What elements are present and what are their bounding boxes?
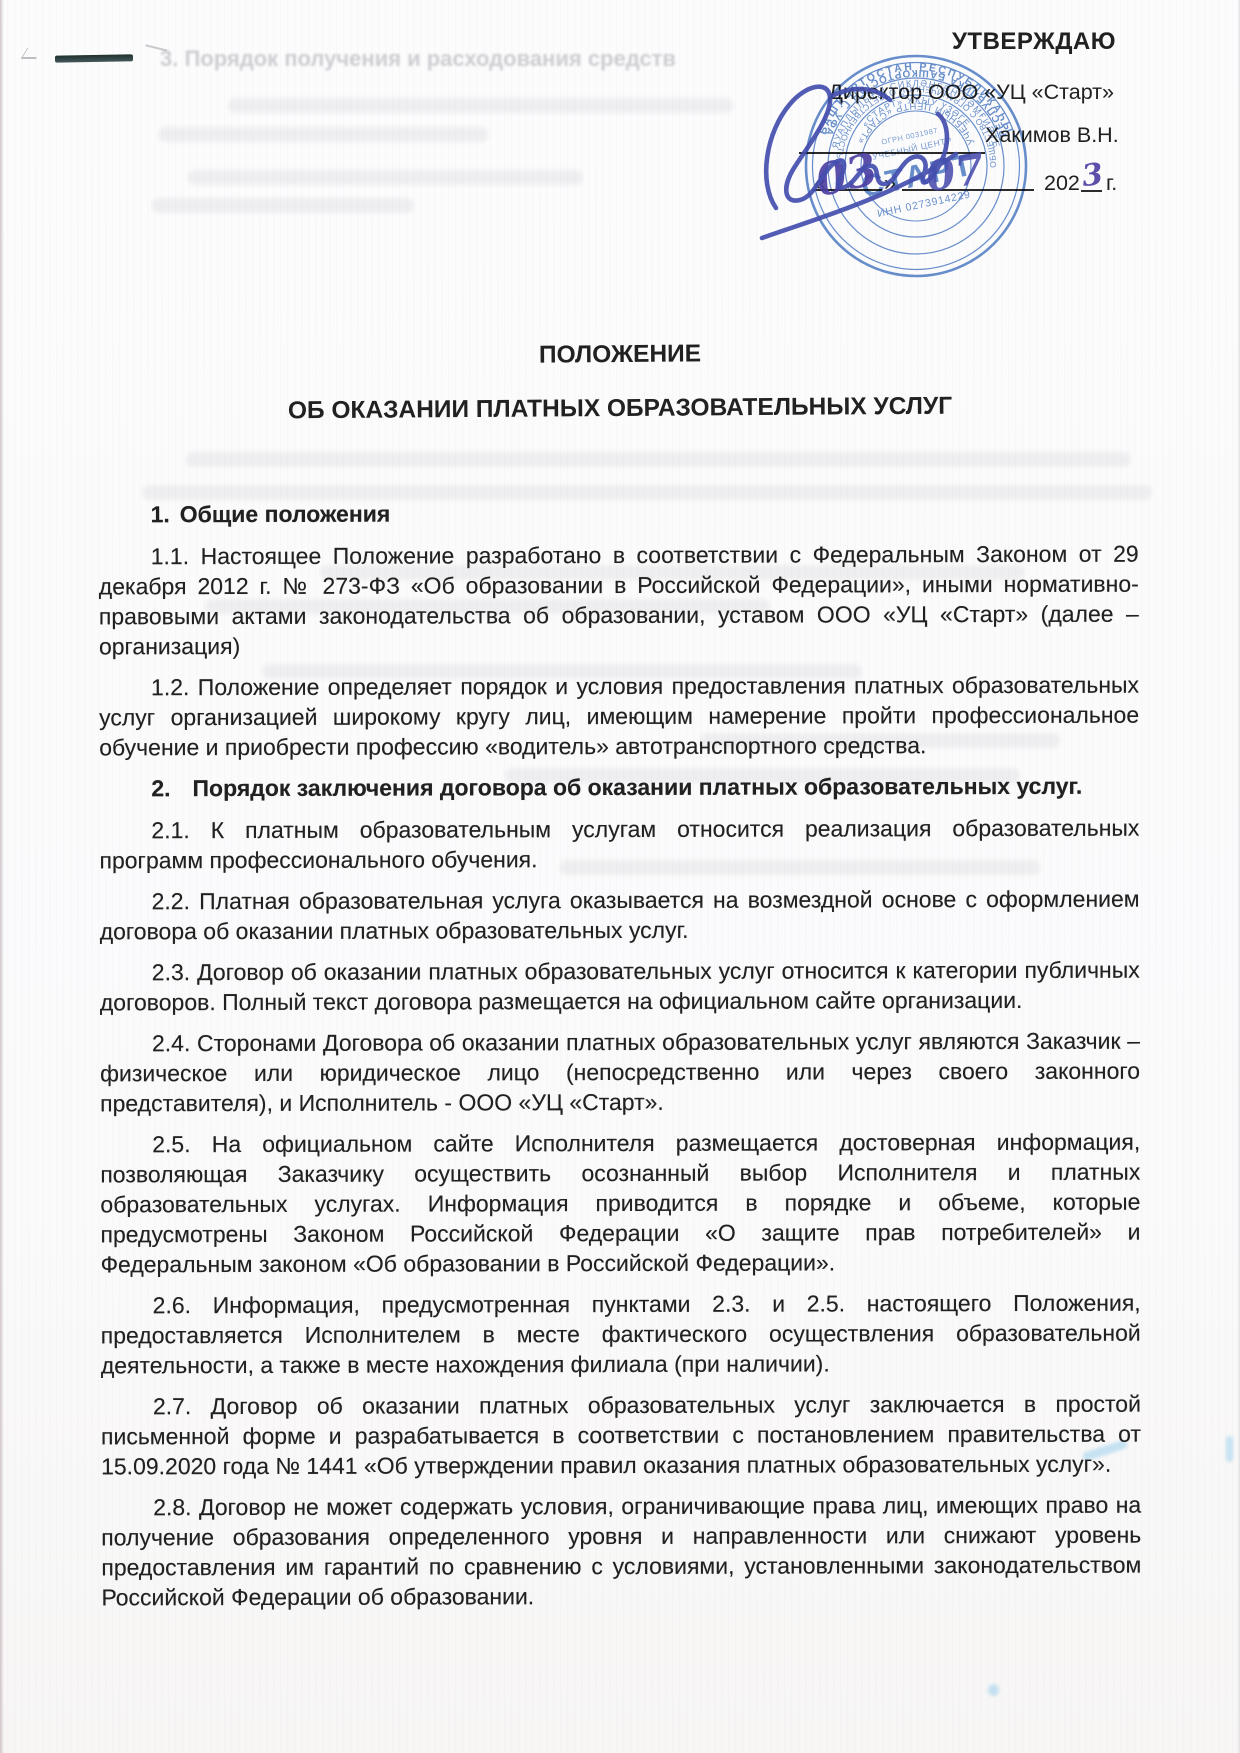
document-title-line2: ОБ ОКАЗАНИИ ПЛАТНЫХ ОБРАЗОВАТЕЛЬНЫХ УСЛУ… [0,391,1240,428]
bleed-artifact [158,127,488,142]
section-heading-text: Порядок заключения договора об оказании … [192,773,1082,801]
section-heading: 1.Общие положения [99,497,1139,530]
document-body: 1.Общие положения1.1. Настоящее Положени… [99,497,1142,1613]
handwritten-year-digit: 3 [1080,157,1105,194]
body-paragraph: 1.1. Настоящее Положение разработано в с… [99,539,1139,662]
ink-smudge [988,1684,999,1696]
pen-mark-bar [55,54,133,62]
director-signature [742,70,992,260]
bleed-artifact [152,198,414,213]
section-heading: 2.Порядок заключения договора об оказани… [99,771,1139,804]
body-paragraph: 1.2. Положение определяет порядок и усло… [99,670,1139,763]
body-paragraph: 2.6. Информация, предусмотренная пунктам… [101,1288,1141,1381]
bleed-through-heading: 3. Порядок получения и расходования сред… [160,46,676,72]
date-year-prefix: 202 [1044,171,1080,196]
bleed-artifact [188,170,583,185]
bleed-artifact [228,98,733,113]
document-page: 3. Порядок получения и расходования сред… [0,0,1240,1753]
body-paragraph: 2.1. К платным образовательным услугам о… [99,813,1139,876]
body-paragraph: 2.8. Договор не может содержать условия,… [101,1490,1141,1613]
body-paragraph: 2.3. Договор об оказании платных образов… [100,955,1140,1018]
section-number: 2. [151,775,170,801]
body-paragraph: 2.2. Платная образовательная услуга оказ… [100,884,1140,947]
body-paragraph: 2.5. На официальном сайте Исполнителя ра… [100,1127,1140,1280]
section-heading-text: Общие положения [180,501,391,528]
pen-mark-tick [21,48,42,59]
scan-edge-left [0,0,4,1753]
pen-mark-tick [145,37,169,51]
document-title-line1: ПОЛОЖЕНИЕ [0,337,1240,374]
bleed-artifact [186,452,1131,467]
body-paragraph: 2.4. Сторонами Договора об оказании плат… [100,1026,1140,1119]
section-number: 1. [151,501,170,527]
date-suffix: г. [1106,171,1117,196]
body-paragraph: 2.7. Договор об оказании платных образов… [101,1389,1141,1482]
ink-smudge [1226,1436,1233,1462]
